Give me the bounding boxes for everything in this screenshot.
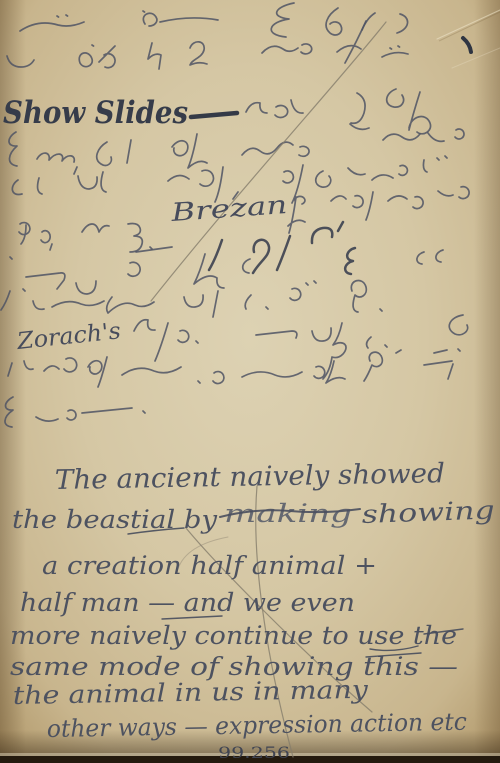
heading-show-slides: Show Slides bbox=[3, 95, 188, 131]
paragraph-line-2-post: showing bbox=[361, 495, 495, 529]
handwriting-canvas: Show Slides Brezan Zorach's The ancient … bbox=[0, 0, 500, 763]
paragraph-line-5: more naively continue to use the bbox=[10, 621, 457, 650]
paragraph-line-7: the animal in us in many bbox=[13, 675, 369, 710]
paragraph-line-3: a creation half animal + bbox=[42, 551, 377, 580]
paragraph-line-4: half man — and we even bbox=[20, 588, 355, 617]
accession-number: 99.256 bbox=[218, 743, 290, 762]
paragraph-line-2-pre: the beastial by bbox=[12, 505, 218, 534]
notebook-page-photo: Show Slides Brezan Zorach's The ancient … bbox=[0, 0, 500, 763]
paper-right-shadow bbox=[474, 0, 500, 763]
strikethrough-word: making bbox=[224, 499, 352, 528]
